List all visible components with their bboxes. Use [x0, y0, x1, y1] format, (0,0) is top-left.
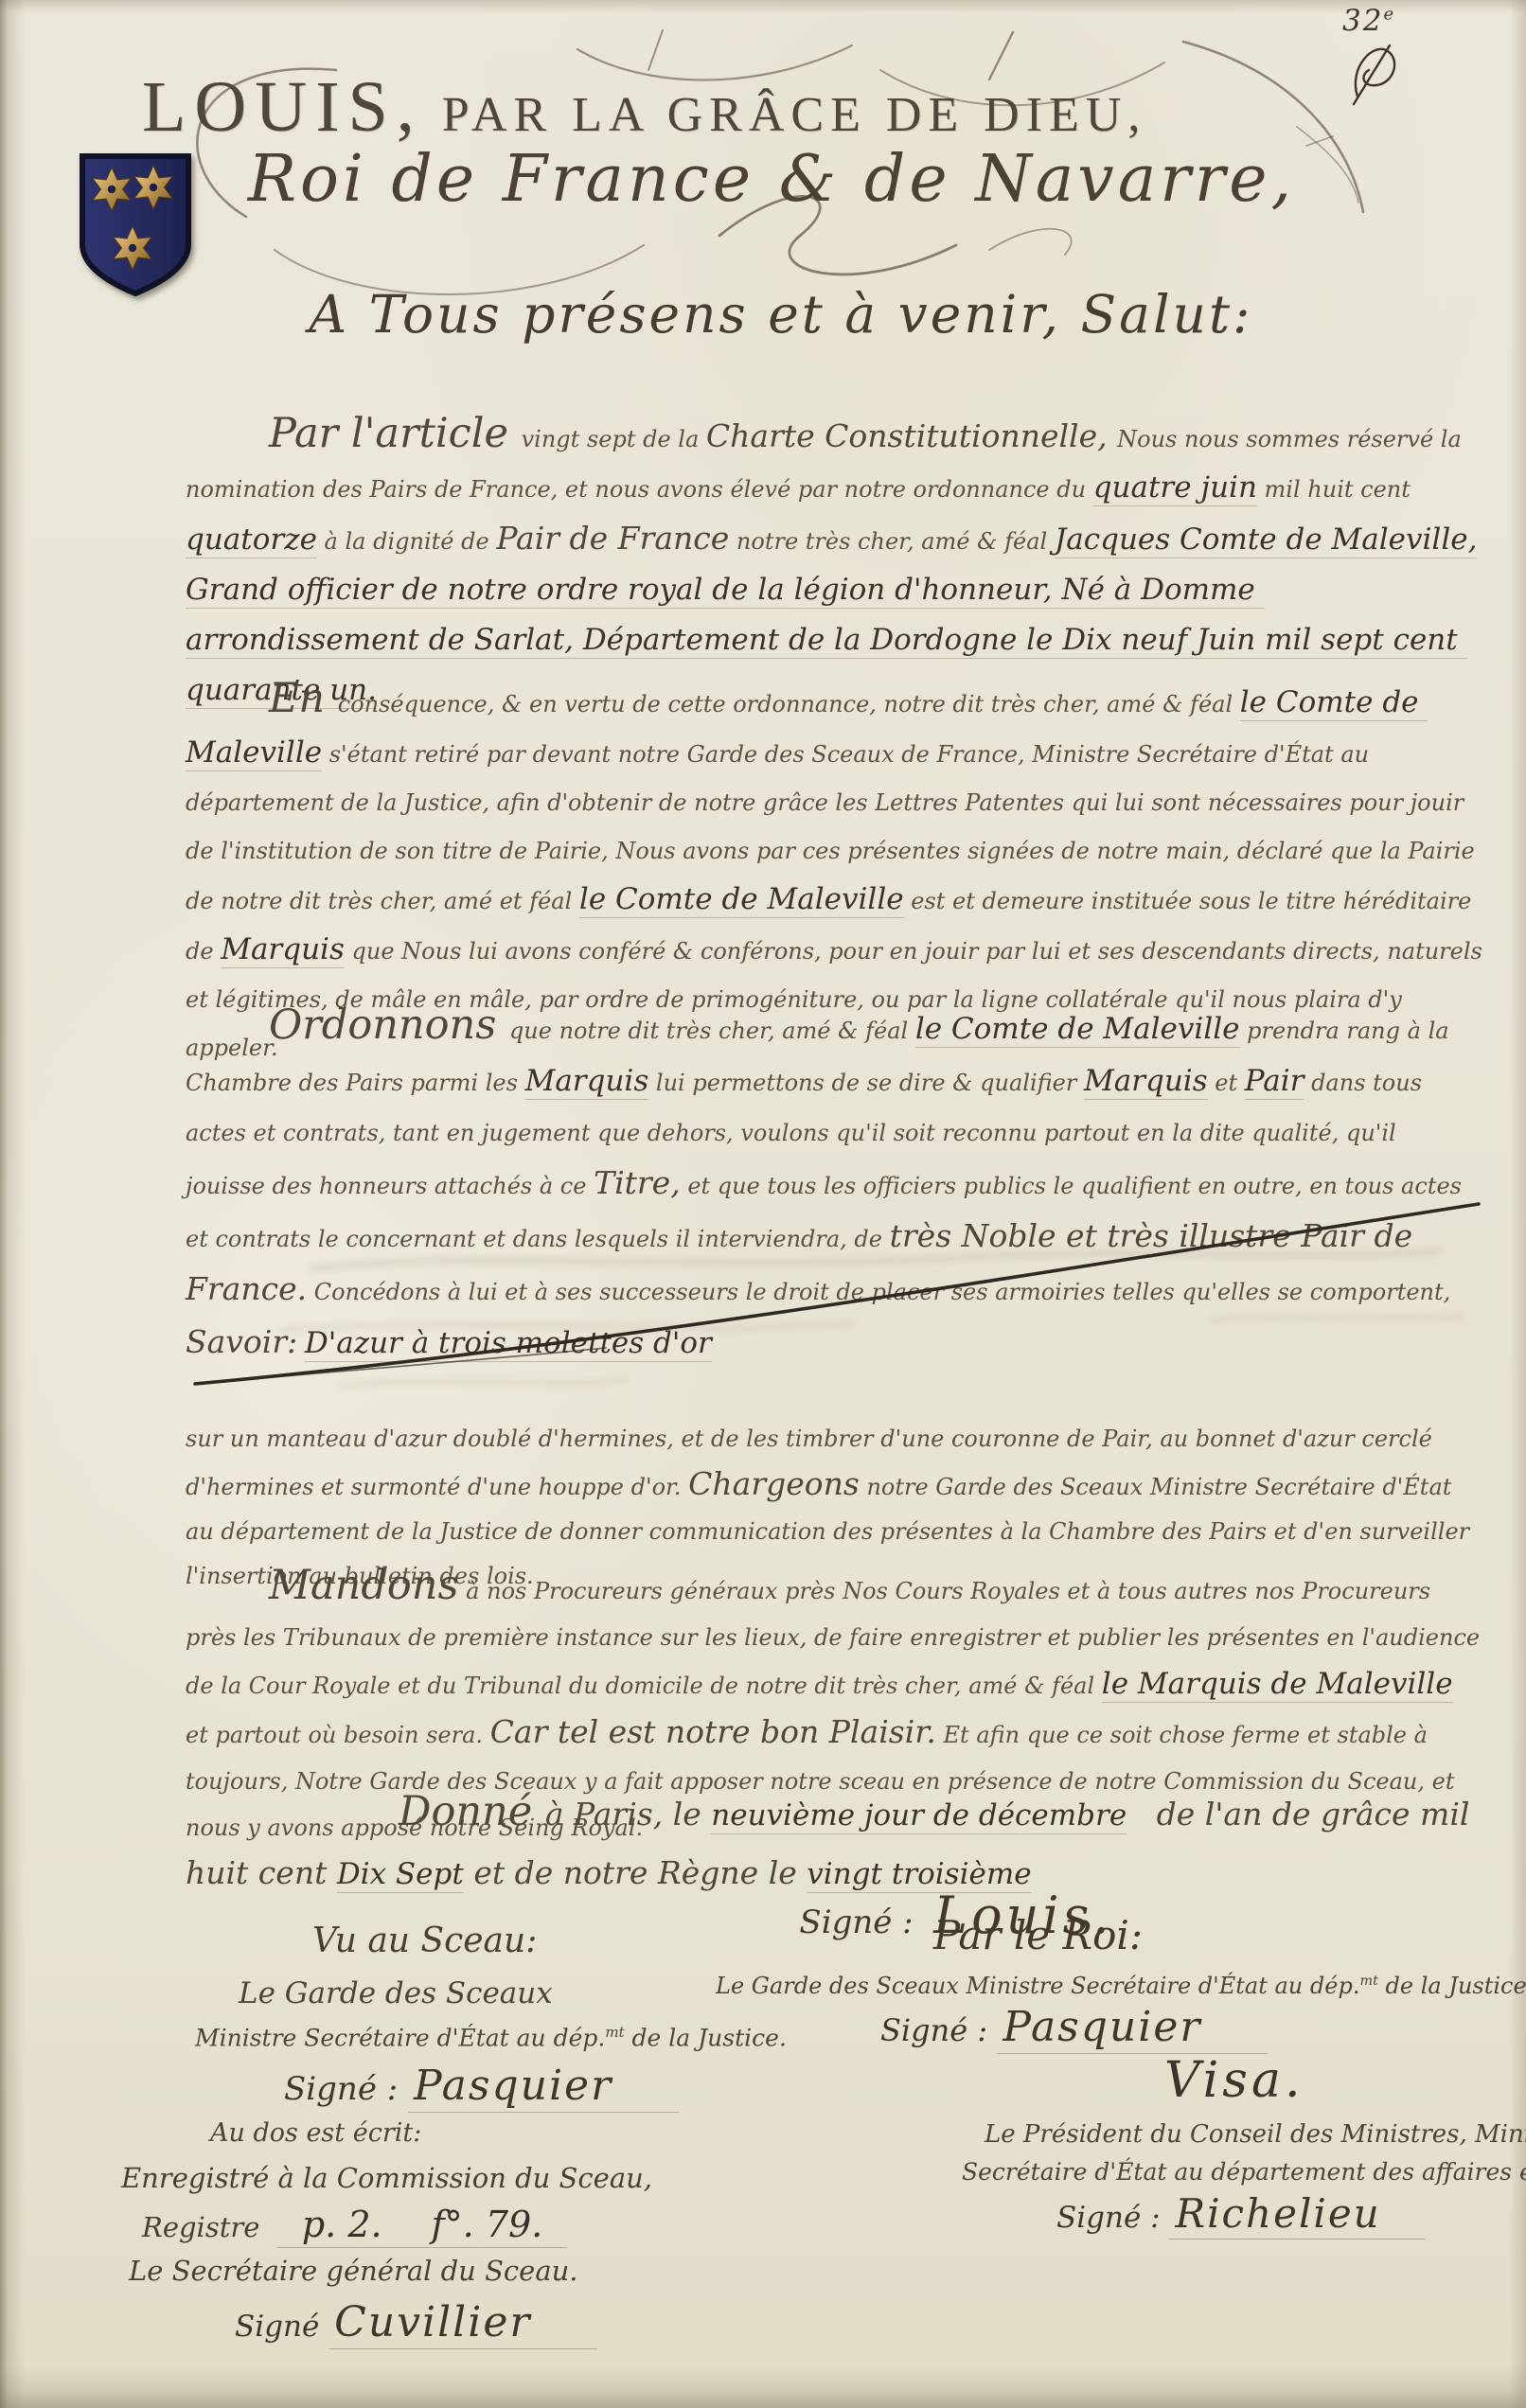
- text-run: Marquis: [525, 1064, 649, 1100]
- text-run: quatorze: [186, 522, 317, 558]
- text-run: le Comte de Maleville: [915, 1012, 1240, 1048]
- folio-superscript: e: [1383, 5, 1395, 25]
- folio-number: 32e: [1342, 4, 1395, 38]
- text-run: à Paris, le: [545, 1796, 711, 1833]
- king-column-office: Le Garde des Sceaux Ministre Secrétaire …: [716, 1973, 1526, 1999]
- text-run: Savoir:: [186, 1323, 297, 1360]
- king-column-signature: Signé : Pasquier: [880, 2003, 1268, 2051]
- register-folio-number: f°. 79.: [407, 2204, 568, 2248]
- title-line-kingdoms: Roi de France & de Navarre,: [218, 142, 1325, 217]
- salutation-line: A Tous présens et à venir, Salut:: [218, 284, 1344, 345]
- president-title-line-2: Secrétaire d'État au département des aff…: [962, 2158, 1526, 2186]
- text-run: neuvième jour de décembre: [711, 1798, 1127, 1834]
- text-run: Donné: [399, 1788, 545, 1835]
- text-run: D'azur à trois molettes d'or: [305, 1326, 712, 1362]
- text-run: Charte Constitutionnelle,: [706, 417, 1117, 454]
- text-run: Ordonnons: [269, 1001, 509, 1049]
- richelieu-signature: Signé : Richelieu: [1056, 2190, 1425, 2237]
- text-run: En: [269, 675, 338, 722]
- text-run: le Marquis de Maleville: [1102, 1667, 1453, 1703]
- signe-label: Signé :: [799, 1903, 913, 1941]
- text-run: Dix Sept: [337, 1857, 464, 1893]
- text-run: à la dignité de: [317, 528, 496, 555]
- register-page-number: p. 2.: [277, 2204, 407, 2248]
- text-run: et de notre Règne le: [464, 1854, 807, 1891]
- text-run: Marquis: [221, 932, 345, 968]
- text-run: que notre dit très cher, amé & féal: [509, 1018, 915, 1044]
- text-run: le Comte de Maleville: [579, 882, 904, 918]
- text-run: Pair de France: [496, 520, 729, 557]
- text-run: mil huit cent: [1257, 476, 1418, 503]
- registration-signature: Signé Cuvillier: [235, 2298, 597, 2346]
- king-column-heading: Par le Roi:: [933, 1912, 1143, 1958]
- royal-title-style: PAR LA GRÂCE DE DIEU,: [423, 88, 1147, 142]
- paragraph-ordonnons: Ordonnons que notre dit très cher, amé &…: [186, 1001, 1482, 1372]
- text-run: vingt sept de la: [522, 426, 706, 452]
- text-run: Chargeons: [688, 1465, 860, 1502]
- seal-column-heading: Vu au Sceau:: [312, 1921, 537, 1960]
- richelieu-signature-name: Richelieu: [1169, 2190, 1424, 2240]
- text-run: Pair: [1245, 1064, 1304, 1100]
- text-run: quatre juin: [1093, 470, 1257, 506]
- seal-column-office-2: Ministre Secrétaire d'État au dép.mt de …: [195, 2024, 787, 2051]
- paragraph-charte-article: Par l'article vingt sept de la Charte Co…: [186, 411, 1482, 717]
- pasquier-signature-name: Pasquier: [408, 2062, 679, 2113]
- text-run: Par l'article: [269, 410, 522, 457]
- text-run: Jacques Comte de Maleville,: [1055, 522, 1478, 558]
- text-run: conséquence, & en vertu de cette ordonna…: [338, 691, 1240, 717]
- registration-line: Enregistré à la Commission du Sceau,: [121, 2162, 652, 2194]
- text-run: lui permettons de se dire & qualifier: [648, 1070, 1084, 1096]
- president-title-line-1: Le Président du Conseil des Ministres, M…: [985, 2120, 1526, 2149]
- text-run: Concédons à lui et à ses successeurs le …: [307, 1279, 1458, 1305]
- visa-heading: Visa.: [1164, 2052, 1304, 2109]
- text-run: Car tel est notre bon Plaisir.: [490, 1713, 936, 1750]
- text-run: [1477, 528, 1484, 555]
- royal-title-name: LOUIS,: [142, 67, 423, 147]
- text-run: Mandons: [269, 1562, 459, 1609]
- registration-secretary-title: Le Secrétaire général du Sceau.: [129, 2255, 578, 2287]
- registration-heading: Au dos est écrit:: [210, 2118, 421, 2148]
- seal-column-office-1: Le Garde des Sceaux: [239, 1976, 553, 2010]
- pasquier-signature-name: Pasquier: [997, 2003, 1268, 2054]
- text-run: et: [1208, 1070, 1245, 1096]
- text-run: Marquis: [1084, 1064, 1208, 1100]
- letters-patent-document: 32e LOUIS, PAR LA GRÂCE DE DIEU, Roi de …: [0, 0, 1526, 2408]
- registration-register-line: Registre p. 2.f°. 79.: [142, 2204, 567, 2245]
- text-run: [297, 1332, 305, 1358]
- scribe-paraph-icon: [1346, 38, 1412, 114]
- text-run: Titre,: [594, 1164, 681, 1201]
- cuvillier-signature-name: Cuvillier: [328, 2298, 597, 2349]
- text-run: notre très cher, amé & féal: [729, 528, 1055, 555]
- seal-column-signature: Signé : Pasquier: [284, 2062, 679, 2110]
- coat-of-arms: [78, 151, 193, 301]
- royal-title: LOUIS, PAR LA GRÂCE DE DIEU,: [142, 66, 1032, 149]
